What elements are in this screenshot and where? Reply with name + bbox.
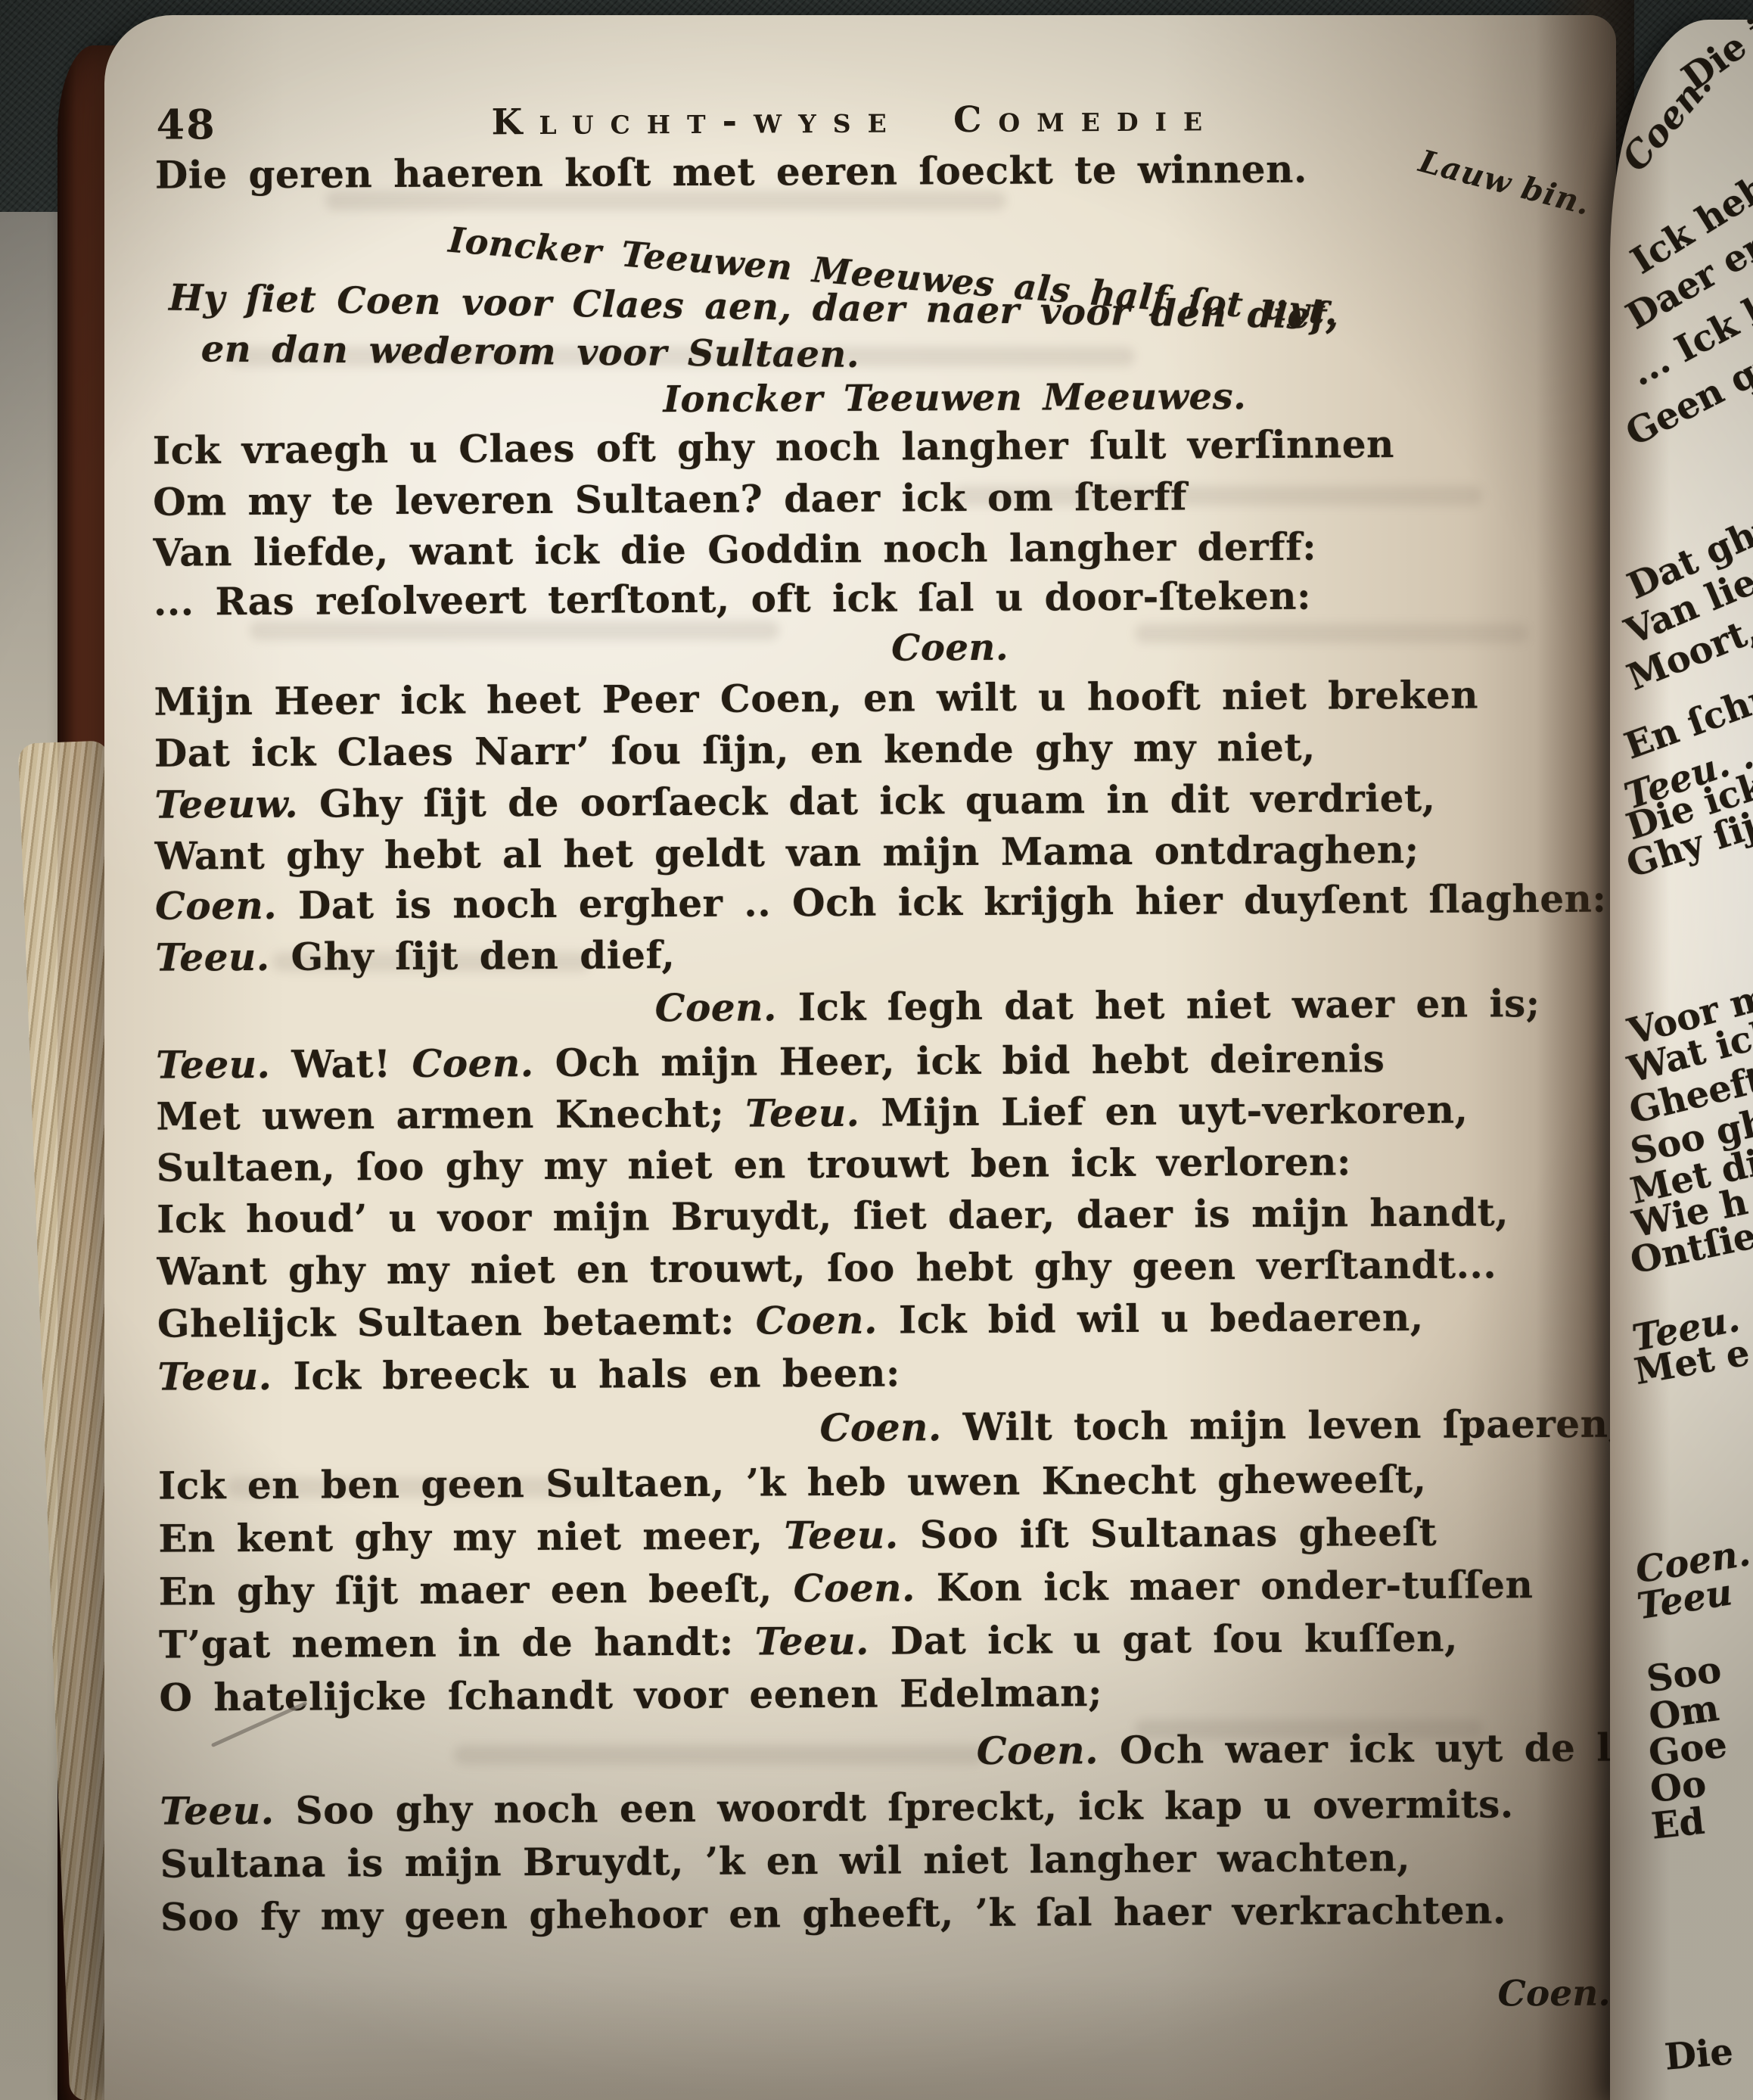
text-line: O hatelijcke ſchandt voor eenen Edelman; <box>159 1671 1102 1719</box>
line-text: En kent ghy my niet meer, <box>158 1513 784 1560</box>
speaker-name: Teeu. <box>754 1619 890 1664</box>
text-line: En kent ghy my niet meer, Teeu. Soo iſt … <box>158 1510 1437 1560</box>
line-text: En ghy ſijt maer een beeſt, <box>159 1566 794 1613</box>
speaker-name: Coen. <box>794 1565 937 1610</box>
text-line: Teeu. Soo ghy noch een woordt ſpreckt, i… <box>160 1782 1514 1833</box>
text-line: Om my te leveren Sultaen? daer ick om ſt… <box>153 475 1187 524</box>
line-text: Dat ick Claes Narr’ ſou ſijn, en kende g… <box>154 725 1316 776</box>
text-line: Soo fy my geen ghehoor en gheeft, ’k ſal… <box>160 1888 1506 1939</box>
line-text: Ick breeck u hals en been: <box>293 1351 900 1398</box>
line-text: Ghy ſijt den dief, <box>291 932 675 979</box>
text-line: Coen. Ick ſegh dat het niet waer en is; <box>655 982 1540 1030</box>
margin-note: Lauw bin. <box>1416 143 1595 222</box>
text-line: Ioncker Teeuwen Meeuwes. <box>663 376 1246 421</box>
text-line: Coen. <box>891 627 1009 670</box>
text-line: En ghy ſijt maer een beeſt, Coen. Kon ic… <box>159 1563 1534 1613</box>
speaker-name: Ioncker Teeuwen Meeuwes. <box>663 375 1246 421</box>
line-text: Mijn Heer ick heet Peer Coen, en wilt u … <box>154 673 1478 724</box>
line-text: Soo fy my geen ghehoor en gheeft, ’k ſal… <box>160 1887 1506 1939</box>
line-text: Met uwen armen Knecht; <box>156 1091 745 1139</box>
line-text: Wilt toch mijn leven ſpaeren, <box>963 1402 1622 1450</box>
line-text: Ghelijck Sultaen betaemt: <box>157 1299 756 1346</box>
text-line: Sultaen, ſoo ghy my niet en trouwt ben i… <box>157 1140 1351 1190</box>
text-line: Coen. Och waer ick uyt de lits: <box>977 1725 1680 1772</box>
text-line: Met uwen armen Knecht; Teeu. Mijn Lief e… <box>156 1088 1468 1139</box>
text-line: Die geren haeren koſt met eeren ſoeckt t… <box>155 148 1307 197</box>
line-text: Ick ſegh dat het niet waer en is; <box>798 981 1540 1029</box>
text-line: Ick en ben geen Sultaen, ’k heb uwen Kne… <box>158 1458 1427 1507</box>
speaker-name: Coen. <box>412 1041 555 1086</box>
line-text: Sultana is mijn Bruydt, ’k en wil niet l… <box>160 1835 1410 1887</box>
right-page-fragment: Die <box>1663 2030 1735 2079</box>
right-page: Die isCoen.Ick heb uDaer en ſal... Ick h… <box>1610 20 1753 2100</box>
line-text: T’gat nemen in de handt: <box>159 1619 755 1667</box>
main-page-text: Die geren haeren koſt met eeren ſoeckt t… <box>0 0 1748 5</box>
speaker-name: Teeu. <box>784 1512 920 1557</box>
text-line: Van liefde, want ick die Goddin noch lan… <box>153 525 1316 575</box>
right-page-fragment: Ed <box>1649 1800 1707 1848</box>
text-line: Teeu. Ick breeck u hals en been: <box>157 1352 900 1399</box>
line-text: Soo iſt Sultanas gheeſt <box>919 1510 1437 1557</box>
text-line: T’gat nemen in de handt: Teeu. Dat ick u… <box>159 1616 1458 1666</box>
text-line: Teeu. Wat! Coen. Och mijn Heer, ick bid … <box>156 1037 1385 1087</box>
line-text: Kon ick maer onder-tuſſen <box>937 1562 1534 1610</box>
speaker-name: Coen. <box>155 883 298 929</box>
line-text: Dat ick u gat ſou kuſſen, <box>890 1616 1458 1663</box>
speaker-name: Teeuw. <box>154 782 319 827</box>
text-line: Teeu. Ghy ſijt den dief, <box>155 933 675 979</box>
line-text: Want ghy my niet en trouwt, ſoo hebt ghy… <box>157 1242 1497 1293</box>
line-text: ... Ras reſolveert terſtont, oft ick ſal… <box>154 574 1311 624</box>
line-text: Ick bid wil u bedaeren, <box>899 1295 1424 1342</box>
speaker-name: Teeu. <box>745 1090 881 1136</box>
text-line: en dan wederom voor Sultaen. <box>200 328 859 376</box>
photo-background: { "photo": { "fabric_color": "#2d3331", … <box>0 0 1753 2100</box>
line-text: Die geren haeren koſt met eeren ſoeckt t… <box>155 147 1307 198</box>
speaker-name: Coen. <box>891 627 1009 670</box>
line-text: O hatelijcke ſchandt voor eenen Edelman; <box>159 1670 1102 1720</box>
text-line: Sultana is mijn Bruydt, ’k en wil niet l… <box>160 1836 1410 1886</box>
line-text: Soo ghy noch een woordt ſpreckt, ick kap… <box>295 1781 1514 1832</box>
line-text: Van liefde, want ick die Goddin noch lan… <box>153 524 1316 575</box>
speaker-name: Coen. <box>819 1405 962 1450</box>
speaker-name: Teeu. <box>157 1354 294 1399</box>
line-text: Ick vraegh u Claes oft ghy noch langher … <box>153 422 1394 473</box>
text-line: Want ghy my niet en trouwt, ſoo hebt ghy… <box>157 1243 1497 1293</box>
line-text: Och mijn Heer, ick bid hebt deirenis <box>555 1036 1385 1085</box>
line-text: Want ghy hebt al het geldt van mijn Mama… <box>154 827 1419 879</box>
text-line: Coen. Wilt toch mijn leven ſpaeren, <box>819 1402 1621 1450</box>
speaker-name: Coen. <box>655 985 798 1030</box>
text-layer: 48 Klucht-wyse Comedie Lauw bin. Die ger… <box>0 0 1753 2100</box>
text-line: Dat ick Claes Narr’ ſou ſijn, en kende g… <box>154 726 1316 776</box>
line-text: Ick houd’ u voor mijn Bruydt, ſiet daer,… <box>157 1190 1509 1241</box>
line-text: Och waer ick uyt de lits: <box>1120 1725 1680 1772</box>
speaker-name: Coen. <box>756 1298 899 1343</box>
speaker-name: Teeu. <box>156 1042 292 1087</box>
line-text: Mijn Lief en uyt-verkoren, <box>881 1087 1468 1135</box>
text-line: Teeuw. Ghy ſijt de oorſaeck dat ick quam… <box>154 776 1436 826</box>
text-line: Ick vraegh u Claes oft ghy noch langher … <box>153 422 1394 472</box>
line-text: Ghy ſijt de oorſaeck dat ick quam in dit… <box>319 776 1436 826</box>
line-text: Sultaen, ſoo ghy my niet en trouwt ben i… <box>157 1139 1351 1190</box>
line-text: Om my te leveren Sultaen? daer ick om ſt… <box>153 474 1187 524</box>
line-text: Ick en ben geen Sultaen, ’k heb uwen Kne… <box>158 1457 1427 1508</box>
speaker-name: Teeu. <box>155 935 291 980</box>
text-line: ... Ras reſolveert terſtont, oft ick ſal… <box>154 574 1311 624</box>
catchword: Coen. <box>1497 1973 1610 2015</box>
text-line: Ick houd’ u voor mijn Bruydt, ſiet daer,… <box>157 1190 1509 1241</box>
speaker-name: Coen. <box>977 1728 1120 1773</box>
page-number: 48 <box>156 100 216 148</box>
line-text: Dat is noch ergher .. Och ick krijgh hie… <box>298 876 1607 928</box>
running-header: Klucht-wyse Comedie <box>491 98 1219 143</box>
line-text: Wat! <box>291 1041 412 1087</box>
text-line: Mijn Heer ick heet Peer Coen, en wilt u … <box>154 674 1478 724</box>
text-line: Want ghy hebt al het geldt van mijn Mama… <box>154 828 1419 878</box>
speaker-name: en dan wederom voor Sultaen. <box>200 328 859 376</box>
text-line: Ghelijck Sultaen betaemt: Coen. Ick bid … <box>157 1296 1424 1346</box>
text-line: Coen. Dat is noch ergher .. Och ick krij… <box>155 877 1607 929</box>
speaker-name: Teeu. <box>160 1788 296 1834</box>
